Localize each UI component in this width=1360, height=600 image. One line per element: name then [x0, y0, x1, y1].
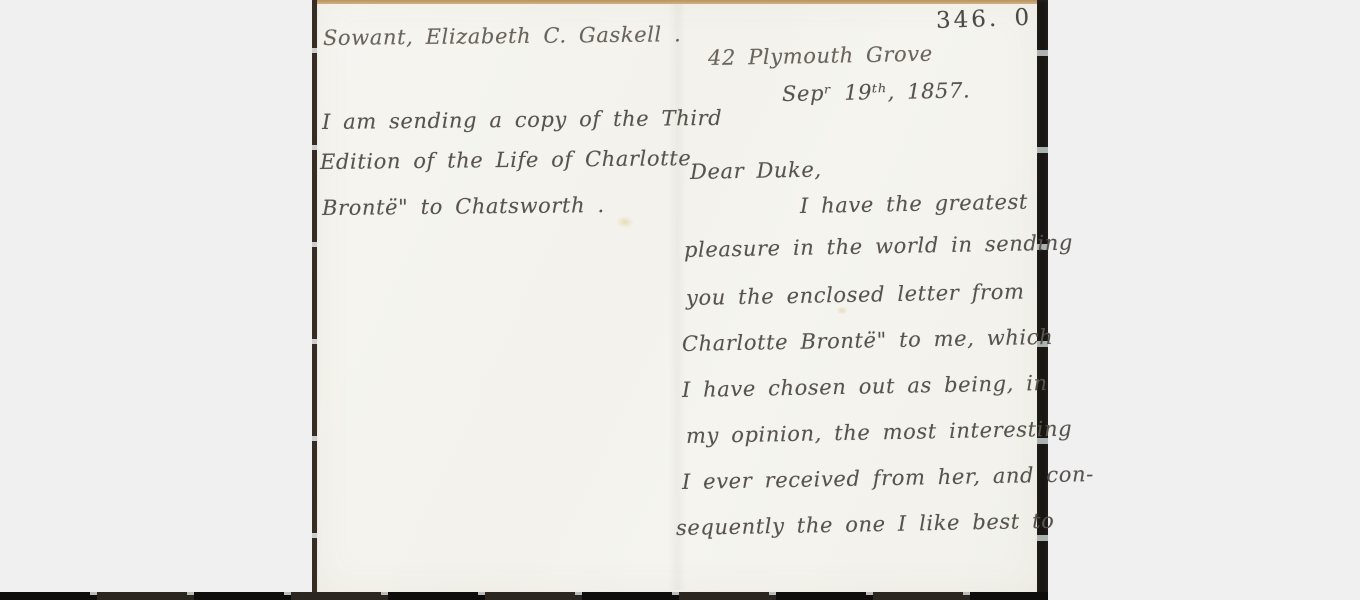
- body-line: I have the greatest: [800, 190, 1028, 218]
- bottom-ruler-strip: [0, 592, 1048, 600]
- salutation: Dear Duke,: [690, 157, 822, 184]
- author-annotation: Sowant, Elizabeth C. Gaskell .: [323, 22, 682, 50]
- address-line: 42 Plymouth Grove: [708, 42, 933, 70]
- paper-stain: [616, 216, 634, 228]
- date-line: Sepʳ 19ᵗʰ, 1857.: [782, 78, 971, 106]
- catalog-number: 346. 0: [936, 5, 1033, 34]
- left-page-line: Edition of the Life of Charlotte: [320, 146, 692, 174]
- left-page-line: I am sending a copy of the Third: [322, 106, 723, 134]
- page-fold-shadow: [668, 4, 686, 590]
- left-ruler-strip: [312, 0, 317, 592]
- paper-stain: [836, 306, 848, 315]
- left-page-line: Brontë" to Chatsworth .: [322, 193, 605, 220]
- manuscript-photo: 346. 0 Sowant, Elizabeth C. Gaskell . I …: [0, 0, 1360, 600]
